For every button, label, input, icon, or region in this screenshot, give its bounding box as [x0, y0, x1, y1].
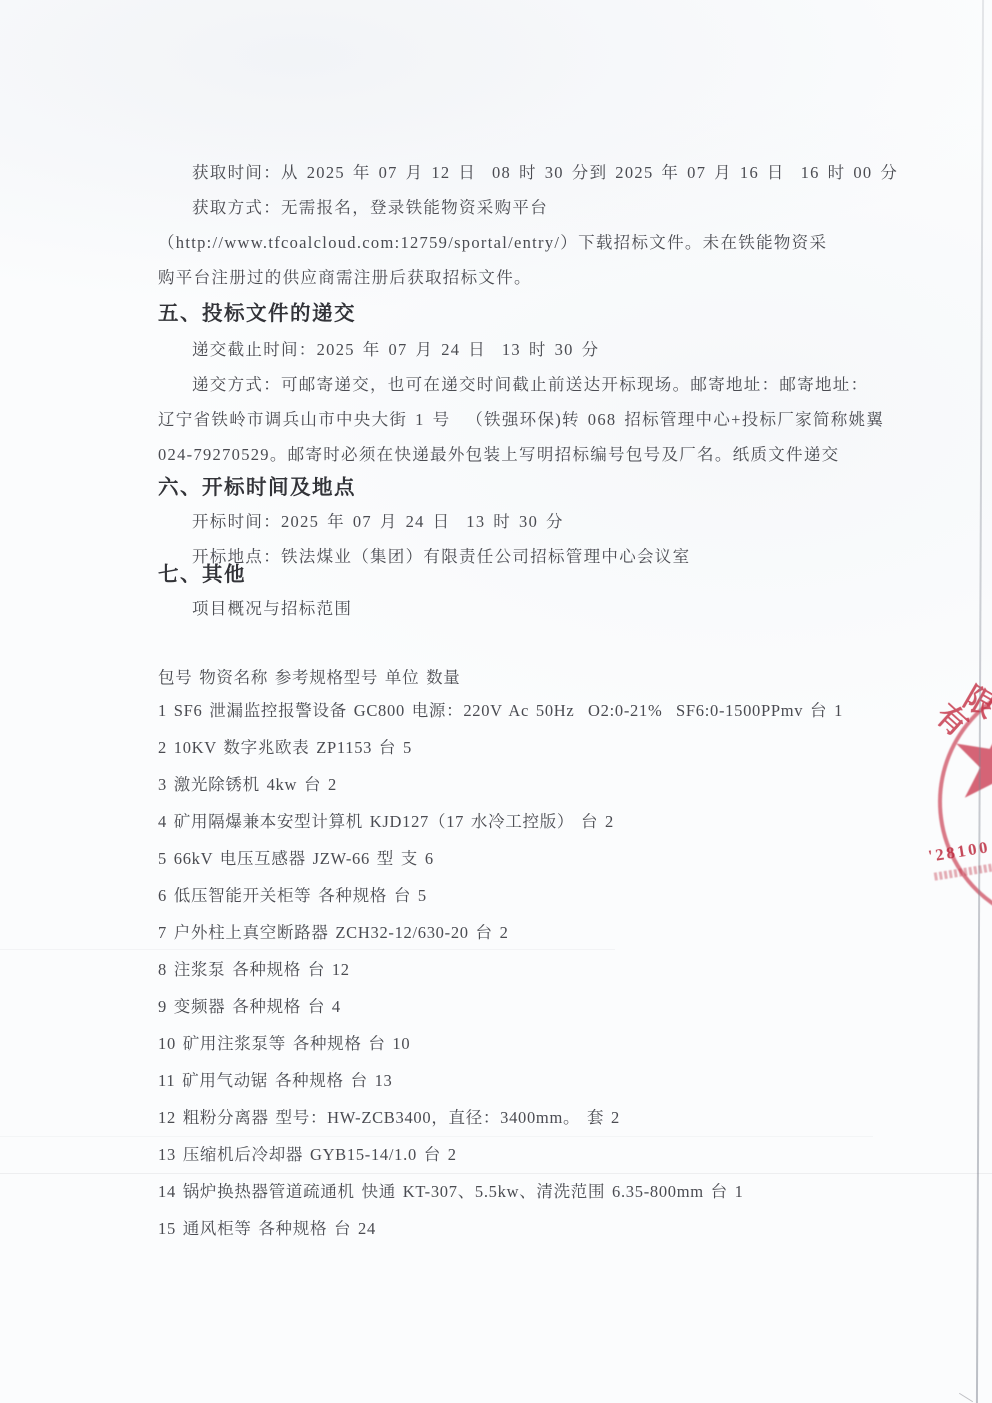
page-edge-shadow [976, 0, 984, 1403]
list-item: 4 矿用隔爆兼本安型计算机 KJD127（17 水冷工控版） 台 2 [158, 813, 952, 830]
list-item: 2 10KV 数字兆欧表 ZP1153 台 5 [158, 739, 952, 756]
scan-artifact [0, 1136, 873, 1137]
doc-line: （http://www.tfcoalcloud.com:12759/sporta… [158, 234, 952, 251]
doc-line: 递交方式：可邮寄递交，也可在递交时间截止前送达开标现场。邮寄地址：邮寄地址： [158, 376, 952, 393]
section-heading: 五、投标文件的递交 [158, 303, 952, 325]
intro-paragraph: 获取时间：从 2025 年 07 月 12 日 08 时 30 分到 2025 … [158, 164, 952, 304]
list-item: 1 SF6 泄漏监控报警设备 GC800 电源：220V Ac 50Hz O2:… [158, 702, 952, 719]
section-heading: 七、其他 [158, 564, 952, 586]
list-item: 15 通风柜等 各种规格 台 24 [158, 1220, 952, 1237]
list-header: 包号 物资名称 参考规格型号 单位 数量 [158, 669, 952, 686]
list-item: 7 户外柱上真空断路器 ZCH32-12/630-20 台 2 [158, 924, 952, 941]
scan-artifact [0, 1173, 992, 1174]
doc-line: 辽宁省铁岭市调兵山市中央大街 1 号 （铁强环保)转 068 招标管理中心+投标… [158, 411, 952, 428]
section-heading: 六、开标时间及地点 [158, 477, 952, 499]
document-page: 获取时间：从 2025 年 07 月 12 日 08 时 30 分到 2025 … [0, 0, 992, 1403]
doc-line: 开标时间：2025 年 07 月 24 日 13 时 30 分 [158, 513, 952, 530]
section-seven: 七、其他 项目概况与招标范围 [158, 564, 952, 635]
seal-arc-text: 限 [959, 683, 992, 724]
scan-artifact [0, 949, 615, 950]
doc-line: 获取时间：从 2025 年 07 月 12 日 08 时 30 分到 2025 … [158, 164, 952, 181]
goods-list: 包号 物资名称 参考规格型号 单位 数量 1 SF6 泄漏监控报警设备 GC80… [158, 669, 952, 1257]
list-item: 13 压缩机后冷却器 GYB15-14/1.0 台 2 [158, 1146, 952, 1163]
list-item: 9 变频器 各种规格 台 4 [158, 998, 952, 1015]
list-item: 12 粗粉分离器 型号：HW-ZCB3400，直径：3400mm。 套 2 [158, 1109, 952, 1126]
doc-line: 024-79270529。邮寄时必须在快递最外包装上写明招标编号包号及厂名。纸质… [158, 446, 952, 463]
list-item: 6 低压智能开关柜等 各种规格 台 5 [158, 887, 952, 904]
list-item: 11 矿用气动锯 各种规格 台 13 [158, 1072, 952, 1089]
list-item: 10 矿用注浆泵等 各种规格 台 10 [158, 1035, 952, 1052]
doc-line: 购平台注册过的供应商需注册后获取招标文件。 [158, 269, 952, 286]
doc-line: 递交截止时间：2025 年 07 月 24 日 13 时 30 分 [158, 341, 952, 358]
scan-artifact [959, 1393, 973, 1402]
doc-line: 获取方式：无需报名，登录铁能物资采购平台 [158, 199, 952, 216]
list-item: 3 激光除锈机 4kw 台 2 [158, 776, 952, 793]
doc-line: 开标地点：铁法煤业（集团）有限责任公司招标管理中心会议室 [158, 548, 952, 565]
list-item: 8 注浆泵 各种规格 台 12 [158, 961, 952, 978]
list-item: 5 66kV 电压互感器 JZW-66 型 支 6 [158, 850, 952, 867]
doc-line: 项目概况与招标范围 [158, 600, 952, 617]
list-item: 14 锅炉换热器管道疏通机 快通 KT-307、5.5kw、清洗范围 6.35-… [158, 1183, 952, 1200]
section-five: 五、投标文件的递交 递交截止时间：2025 年 07 月 24 日 13 时 3… [158, 303, 952, 481]
